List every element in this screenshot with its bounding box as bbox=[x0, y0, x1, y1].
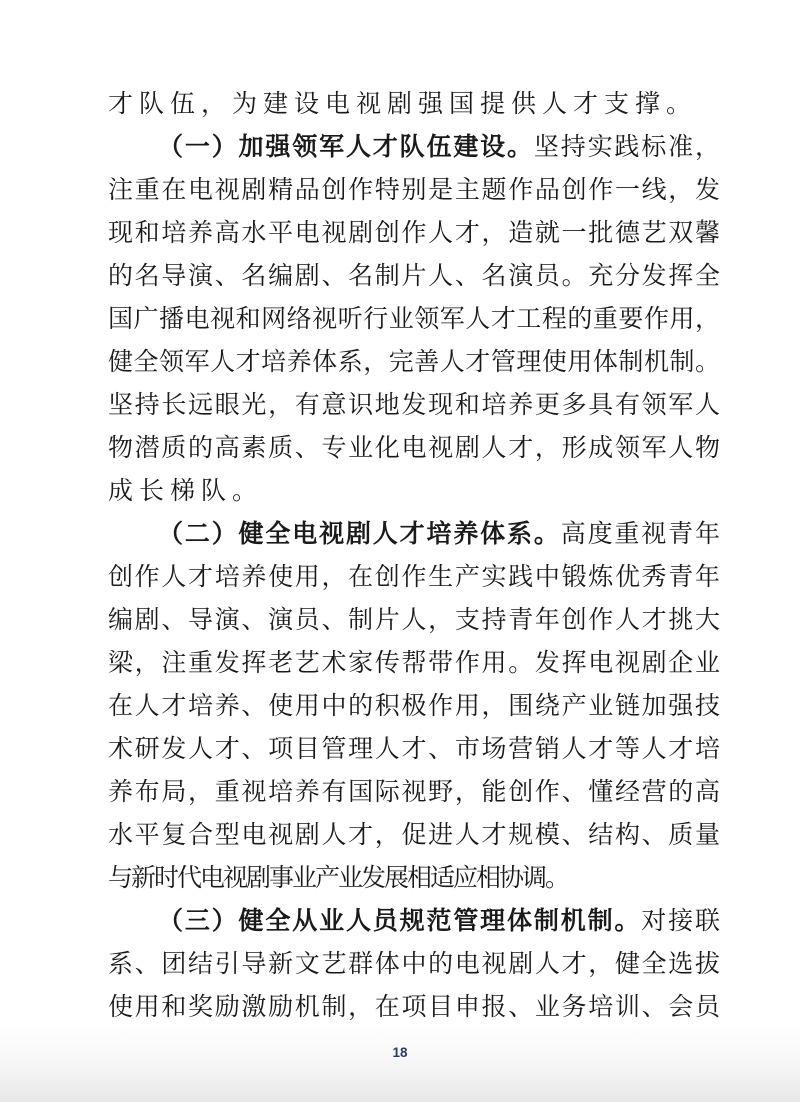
text-run: 才队伍，为建设电视剧强国提供人才支撑。 bbox=[108, 91, 697, 118]
text-line: 术研发人才、项目管理人才、市场营销人才等人才培 bbox=[108, 728, 720, 771]
text-line: 养布局，重视培养有国际视野，能创作、懂经营的高 bbox=[108, 771, 720, 814]
text-line: 与新时代电视剧事业产业发展相适应相协调。 bbox=[108, 857, 720, 900]
text-line: 注重在电视剧精品创作特别是主题作品创作一线，发 bbox=[108, 169, 720, 212]
text-line: 编剧、导演、演员、制片人，支持青年创作人才挑大 bbox=[108, 599, 720, 642]
text-run: 使用和奖励激励机制，在项目申报、业务培训、会员 bbox=[108, 994, 720, 1021]
text-run: 水平复合型电视剧人才，促进人才规模、结构、质量 bbox=[108, 822, 720, 849]
text-line: 梁，注重发挥老艺术家传帮带作用。发挥电视剧企业 bbox=[108, 642, 720, 685]
text-line: 水平复合型电视剧人才，促进人才规模、结构、质量 bbox=[108, 814, 720, 857]
text-run: 与新时代电视剧事业产业发展相适应相协调。 bbox=[108, 865, 568, 892]
text-run: 养布局，重视培养有国际视野，能创作、懂经营的高 bbox=[108, 779, 720, 806]
text-run: 健全领军人才培养体系，完善人才管理使用体制机制。 bbox=[108, 349, 720, 376]
text-line: 现和培养高水平电视剧创作人才，造就一批德艺双馨 bbox=[108, 212, 720, 255]
text-line: （二）健全电视剧人才培养体系。高度重视青年 bbox=[108, 513, 720, 556]
text-run: 梁，注重发挥老艺术家传帮带作用。发挥电视剧企业 bbox=[108, 650, 720, 677]
text-run: 在人才培养、使用中的积极作用，围绕产业链加强技 bbox=[108, 693, 720, 720]
text-run: 的名导演、名编剧、名制片人、名演员。充分发挥全 bbox=[108, 263, 720, 290]
text-run: 编剧、导演、演员、制片人，支持青年创作人才挑大 bbox=[108, 607, 720, 634]
text-line: 使用和奖励激励机制，在项目申报、业务培训、会员 bbox=[108, 986, 720, 1029]
text-run: 高度重视青年 bbox=[561, 521, 720, 548]
text-run: 对接联 bbox=[641, 908, 720, 935]
document-page: 才队伍，为建设电视剧强国提供人才支撑。（一）加强领军人才队伍建设。坚持实践标准，… bbox=[0, 0, 800, 1102]
text-line: 的名导演、名编剧、名制片人、名演员。充分发挥全 bbox=[108, 255, 720, 298]
text-line: 创作人才培养使用，在创作生产实践中锻炼优秀青年 bbox=[108, 556, 720, 599]
text-line: （一）加强领军人才队伍建设。坚持实践标准， bbox=[108, 126, 720, 169]
text-run: 坚持长远眼光，有意识地发现和培养更多具有领军人 bbox=[108, 392, 720, 419]
text-run: 系、团结引导新文艺群体中的电视剧人才，健全选拔 bbox=[108, 951, 720, 978]
text-line: 系、团结引导新文艺群体中的电视剧人才，健全选拔 bbox=[108, 943, 720, 986]
text-run: 物潜质的高素质、专业化电视剧人才，形成领军人物 bbox=[108, 435, 720, 462]
text-line: 国广播电视和网络视听行业领军人才工程的重要作用， bbox=[108, 298, 720, 341]
text-run: 坚持实践标准， bbox=[534, 134, 720, 161]
text-line: 在人才培养、使用中的积极作用，围绕产业链加强技 bbox=[108, 685, 720, 728]
heading-run: （三）健全从业人员规范管理体制机制。 bbox=[158, 908, 641, 935]
page-number: 18 bbox=[0, 1045, 800, 1060]
text-line: 健全领军人才培养体系，完善人才管理使用体制机制。 bbox=[108, 341, 720, 384]
heading-run: （一）加强领军人才队伍建设。 bbox=[158, 134, 534, 161]
text-run: 注重在电视剧精品创作特别是主题作品创作一线，发 bbox=[108, 177, 720, 204]
text-line: 成长梯队。 bbox=[108, 470, 720, 513]
text-run: 国广播电视和网络视听行业领军人才工程的重要作用， bbox=[108, 306, 720, 333]
text-run: 术研发人才、项目管理人才、市场营销人才等人才培 bbox=[108, 736, 720, 763]
text-line: （三）健全从业人员规范管理体制机制。对接联 bbox=[108, 900, 720, 943]
text-line: 才队伍，为建设电视剧强国提供人才支撑。 bbox=[108, 83, 720, 126]
bottom-shadow bbox=[0, 1024, 800, 1102]
text-line: 物潜质的高素质、专业化电视剧人才，形成领军人物 bbox=[108, 427, 720, 470]
text-run: 成长梯队。 bbox=[108, 478, 263, 505]
text-run: 创作人才培养使用，在创作生产实践中锻炼优秀青年 bbox=[108, 564, 720, 591]
text-line: 坚持长远眼光，有意识地发现和培养更多具有领军人 bbox=[108, 384, 720, 427]
text-run: 现和培养高水平电视剧创作人才，造就一批德艺双馨 bbox=[108, 220, 720, 247]
heading-run: （二）健全电视剧人才培养体系。 bbox=[158, 521, 561, 548]
text-body: 才队伍，为建设电视剧强国提供人才支撑。（一）加强领军人才队伍建设。坚持实践标准，… bbox=[108, 83, 720, 1029]
